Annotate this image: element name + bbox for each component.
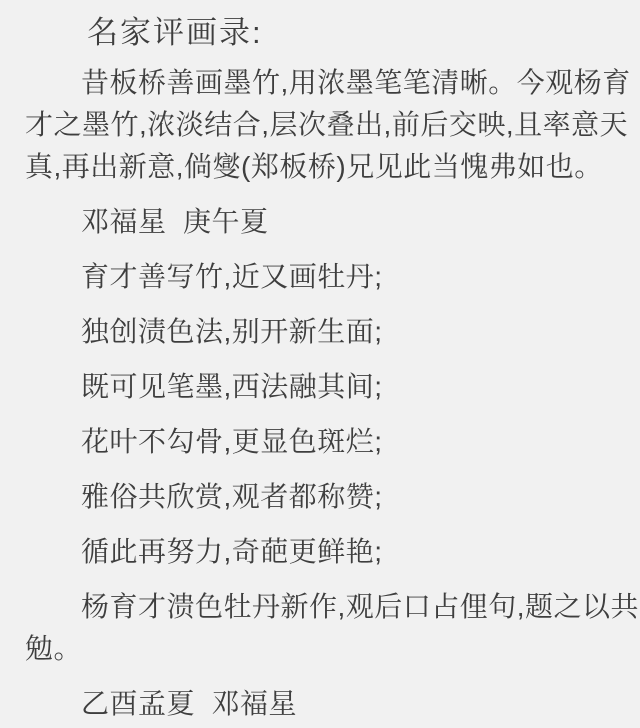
poem-paragraph-3: 既可见笔墨,西法融其间; xyxy=(25,366,616,408)
article-body: 名家评画录: 昔板桥善画墨竹,用浓墨笔笔清晰。今观杨育 才之墨竹,浓淡结合,层次… xyxy=(0,0,640,725)
poem-line-6: 循此再努力,奇葩更鲜艳; xyxy=(25,531,616,573)
comment-line-1: 昔板桥善画墨竹,用浓墨笔笔清晰。今观杨育 xyxy=(25,62,616,104)
postscript-line-2: 勉。 xyxy=(25,628,616,670)
signature-first: 邓福星 庚午夏 xyxy=(25,201,616,243)
poem-line-5: 雅俗共欣赏,观者都称赞; xyxy=(25,476,616,518)
poem-paragraph-2: 独创渍色法,别开新生面; xyxy=(25,311,616,353)
postscript-paragraph: 杨育才溃色牡丹新作,观后口占俚句,题之以共 勉。 xyxy=(25,586,616,670)
title-paragraph: 名家评画录: xyxy=(25,12,616,54)
signature-first-paragraph: 邓福星 庚午夏 xyxy=(25,201,616,243)
article-title: 名家评画录: xyxy=(25,12,616,54)
signature-last-paragraph: 乙酉孟夏 邓福星 xyxy=(25,683,616,725)
poem-line-1: 育才善写竹,近又画牡丹; xyxy=(25,256,616,298)
comment-paragraph: 昔板桥善画墨竹,用浓墨笔笔清晰。今观杨育 才之墨竹,浓淡结合,层次叠出,前后交映… xyxy=(25,62,616,188)
poem-paragraph-1: 育才善写竹,近又画牡丹; xyxy=(25,256,616,298)
poem-line-2: 独创渍色法,别开新生面; xyxy=(25,311,616,353)
poem-line-3: 既可见笔墨,西法融其间; xyxy=(25,366,616,408)
poem-line-4: 花叶不勾骨,更显色斑烂; xyxy=(25,421,616,463)
poem-paragraph-5: 雅俗共欣赏,观者都称赞; xyxy=(25,476,616,518)
signature-last: 乙酉孟夏 邓福星 xyxy=(25,683,616,725)
postscript-line-1: 杨育才溃色牡丹新作,观后口占俚句,题之以共 xyxy=(25,586,616,628)
poem-paragraph-4: 花叶不勾骨,更显色斑烂; xyxy=(25,421,616,463)
comment-line-3: 真,再出新意,倘燮(郑板桥)兄见此当愧弗如也。 xyxy=(25,146,616,188)
poem-paragraph-6: 循此再努力,奇葩更鲜艳; xyxy=(25,531,616,573)
comment-line-2: 才之墨竹,浓淡结合,层次叠出,前后交映,且率意天 xyxy=(25,104,616,146)
